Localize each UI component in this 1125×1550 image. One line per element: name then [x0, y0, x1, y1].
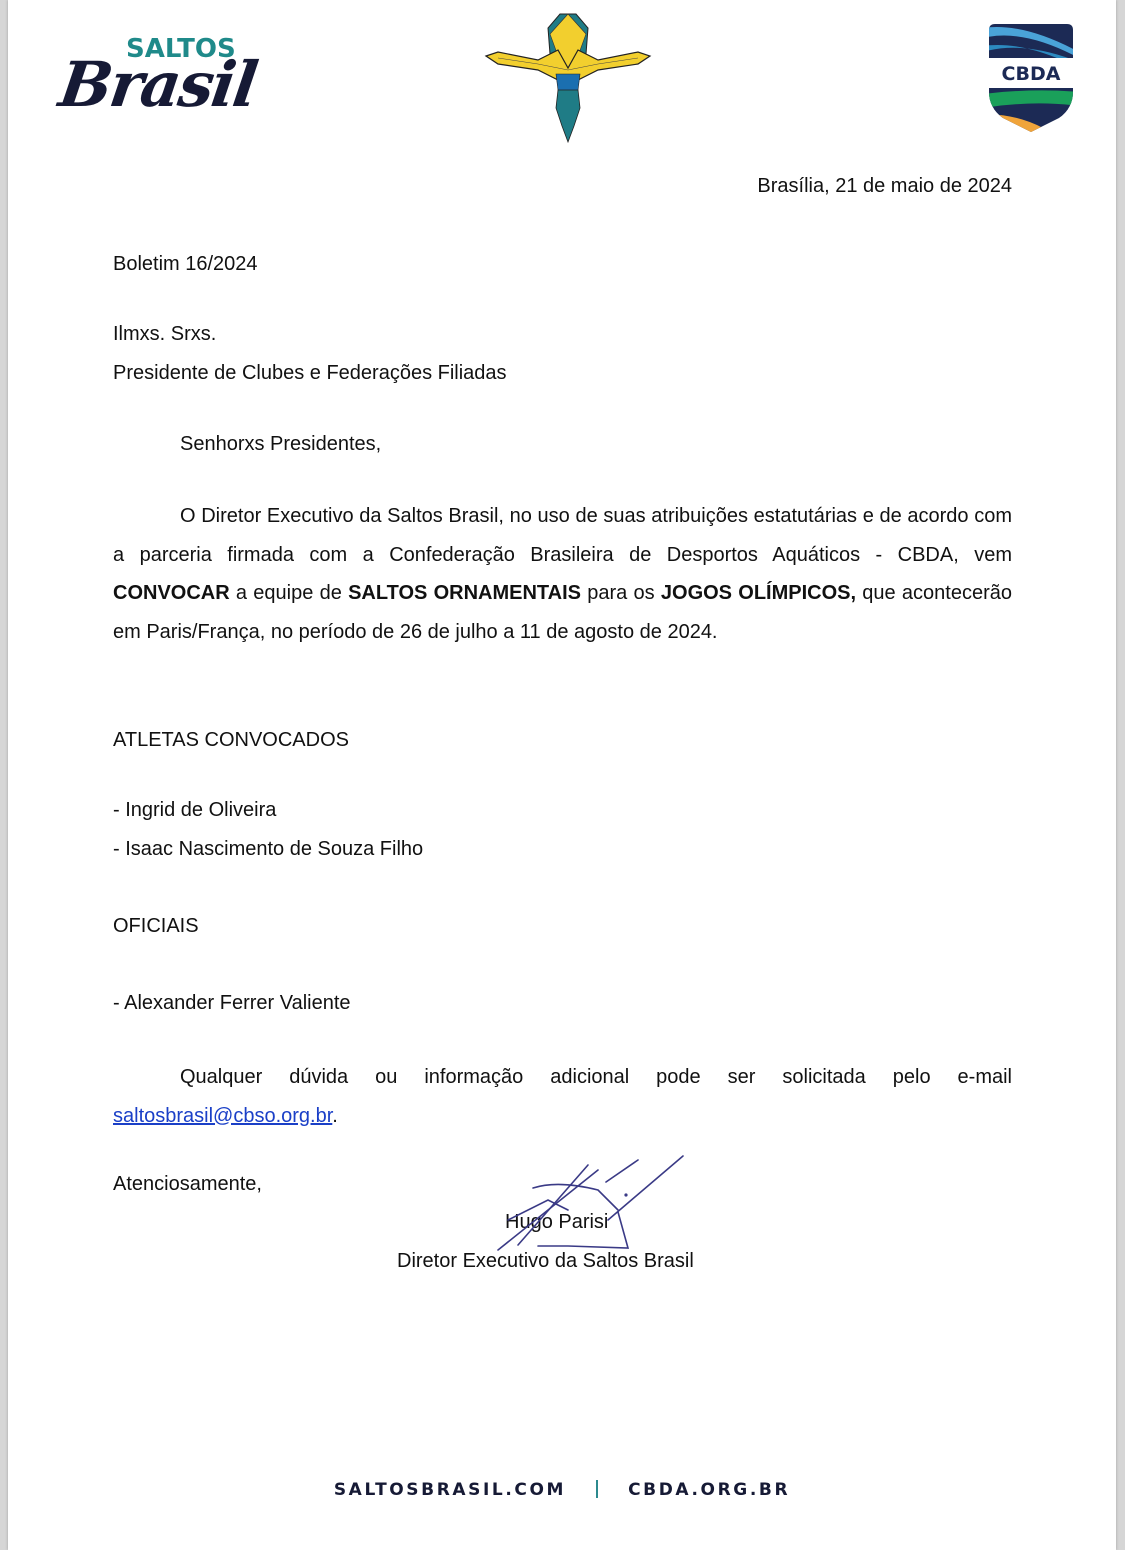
footer-link-saltosbrasil[interactable]: SALTOSBRASIL.COM: [334, 1480, 566, 1500]
athletes-heading: ATLETAS CONVOCADOS: [113, 727, 349, 753]
document-page: SALTOS Brasil CBDA Brasília, 21 de ma: [8, 0, 1116, 1550]
athlete-item: - Isaac Nascimento de Souza Filho: [113, 836, 423, 862]
officials-heading: OFICIAIS: [113, 913, 199, 939]
logo-brasil-word: Brasil: [55, 48, 261, 121]
body-bold-saltos-ornamentais: SALTOS ORNAMENTAIS: [348, 582, 581, 604]
cbda-label: CBDA: [1002, 63, 1061, 85]
footer-link-cbda[interactable]: CBDA.ORG.BR: [628, 1480, 790, 1500]
athlete-item: - Ingrid de Oliveira: [113, 797, 276, 823]
body-text: O Diretor Executivo da Saltos Brasil, no…: [113, 505, 1012, 566]
salutation-line-2: Presidente de Clubes e Federações Filiad…: [113, 360, 507, 386]
letter-date: Brasília, 21 de maio de 2024: [728, 173, 1012, 199]
closing: Atenciosamente,: [113, 1171, 262, 1197]
body-text: para os: [581, 582, 661, 604]
contact-paragraph: Qualquer dúvida ou informação adicional …: [113, 1058, 1012, 1174]
diver-emblem-icon: [478, 8, 658, 148]
body-text: a equipe de: [230, 582, 348, 604]
email-link[interactable]: saltosbrasil@cbso.org.br: [113, 1105, 332, 1127]
official-item: - Alexander Ferrer Valiente: [113, 990, 351, 1016]
signatory-title: Diretor Executivo da Saltos Brasil: [397, 1248, 694, 1274]
footer: SALTOSBRASIL.COMCBDA.ORG.BR: [8, 1480, 1116, 1500]
body-bold-convocar: CONVOCAR: [113, 582, 230, 604]
signatory-name: Hugo Parisi: [505, 1209, 608, 1235]
contact-trailing: .: [332, 1105, 338, 1127]
convocation-paragraph: O Diretor Executivo da Saltos Brasil, no…: [113, 497, 1012, 651]
cbda-shield-logo: CBDA: [983, 22, 1079, 134]
greeting: Senhorxs Presidentes,: [180, 431, 381, 457]
footer-separator: [596, 1480, 598, 1498]
salutation-line-1: Ilmxs. Srxs.: [113, 321, 216, 347]
body-bold-jogos-olimpicos: JOGOS OLÍMPICOS,: [661, 582, 856, 604]
bulletin-number: Boletim 16/2024: [113, 251, 258, 277]
saltos-brasil-logo: SALTOS Brasil: [60, 30, 260, 125]
contact-text: Qualquer dúvida ou informação adicional …: [180, 1066, 1012, 1088]
